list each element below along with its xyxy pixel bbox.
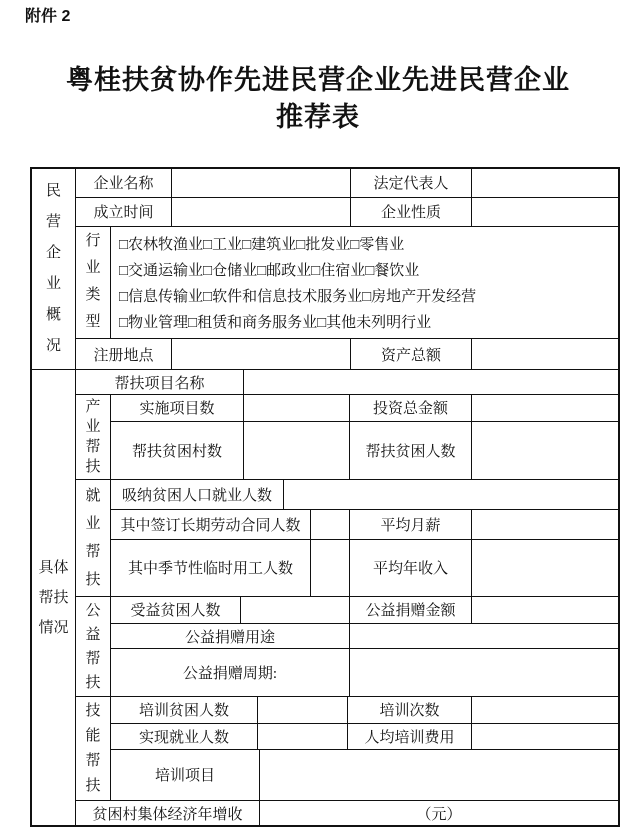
title-line-1: 粤桂扶贫协作先进民营企业先进民营企业: [66, 65, 570, 95]
donation-cycle-value-cell: [350, 649, 618, 696]
project-name-value-cell: [244, 370, 618, 394]
section-overview-label: 民营企业概况: [45, 176, 62, 362]
training-times-label: 培训次数: [348, 697, 472, 723]
trained-poor-value-cell: [258, 697, 348, 723]
total-investment-value-cell: [472, 395, 618, 421]
per-capita-training-cost-label: 人均培训费用: [348, 724, 472, 749]
donation-purpose-label: 公益捐赠用途: [111, 624, 350, 649]
avg-annual-income-label: 平均年收入: [350, 540, 472, 597]
document-page: 附件 2 粤桂扶贫协作先进民营企业先进民营企业推荐表 民营企业概况 企业名称 法…: [0, 0, 636, 840]
donation-amount-label: 公益捐赠金额: [350, 597, 472, 623]
donation-purpose-value-cell: [350, 624, 618, 649]
section-assistance-label-cell: 具体帮扶情况: [32, 370, 76, 825]
row-poor-villages: 帮扶贫困村数 帮扶贫困人数: [111, 422, 618, 479]
poor-villages-label: 帮扶贫困村数: [111, 422, 244, 479]
industry-option-line-2: □交通运输业□仓储业□邮政业□住宿业□餐饮业: [119, 259, 618, 280]
industry-option-line-1: □农林牧渔业□工业□建筑业□批发业□零售业: [119, 233, 618, 254]
training-projects-label: 培训项目: [111, 750, 260, 801]
donation-amount-value-cell: [472, 597, 618, 623]
total-assets-label: 资产总额: [351, 339, 472, 369]
long-term-contracts-value-cell: [311, 510, 350, 539]
legal-representative-value-cell: [472, 169, 618, 197]
total-investment-label: 投资总金额: [350, 395, 472, 421]
industry-option-line-4: □物业管理□租赁和商务服务业□其他未列明行业: [119, 311, 618, 332]
employment-achieved-value-cell: [258, 724, 348, 749]
section-overview-label-cell: 民营企业概况: [32, 169, 76, 369]
company-name-label: 企业名称: [76, 169, 172, 197]
employed-poor-label: 吸纳贫困人口就业人数: [111, 480, 284, 509]
village-income-unit-cell: （元）: [260, 801, 618, 825]
employment-assistance-label: 就业帮扶: [85, 482, 102, 594]
recommendation-form-table: 民营企业概况 企业名称 法定代表人 成立时间 企业性质 行业类: [30, 167, 620, 827]
charity-assistance-label-cell: 公益帮扶: [76, 597, 111, 696]
section-enterprise-overview: 民营企业概况 企业名称 法定代表人 成立时间 企业性质 行业类: [32, 169, 618, 370]
poor-people-value-cell: [472, 422, 618, 479]
row-trained-poor: 培训贫困人数 培训次数: [111, 697, 618, 724]
seasonal-temp-workers-label: 其中季节性临时用工人数: [111, 540, 311, 597]
row-benefited-poor: 受益贫困人数 公益捐赠金额: [111, 597, 618, 624]
row-donation-cycle: 公益捐赠周期:: [111, 649, 618, 696]
benefited-poor-value-cell: [241, 597, 350, 623]
training-projects-value-cell: [260, 750, 618, 801]
village-income-label: 贫困村集体经济年增收: [76, 801, 260, 825]
industry-assistance-label: 产业帮扶: [85, 397, 102, 477]
avg-monthly-salary-value-cell: [472, 510, 618, 539]
industry-type-label-cell: 行业类型: [76, 227, 111, 338]
employment-achieved-label: 实现就业人数: [111, 724, 258, 749]
row-donation-purpose: 公益捐赠用途: [111, 624, 618, 650]
poor-people-label: 帮扶贫困人数: [350, 422, 472, 479]
row-project-name: 帮扶项目名称: [76, 370, 618, 395]
block-industry-assistance: 产业帮扶 实施项目数 投资总金额 帮扶贫困村数 帮扶贫困人数: [76, 395, 618, 480]
projects-count-value-cell: [244, 395, 350, 421]
employed-poor-value-cell: [284, 480, 618, 509]
row-employed-poor: 吸纳贫困人口就业人数: [111, 480, 618, 510]
enterprise-nature-value-cell: [472, 198, 618, 226]
row-long-term-contracts: 其中签订长期劳动合同人数 平均月薪: [111, 510, 618, 540]
industry-type-label: 行业类型: [85, 228, 102, 336]
registered-location-value-cell: [172, 339, 351, 369]
established-date-value-cell: [172, 198, 351, 226]
total-assets-value-cell: [472, 339, 618, 369]
per-capita-training-cost-value-cell: [472, 724, 618, 749]
row-training-projects: 培训项目: [111, 750, 618, 801]
section-assistance-label: 具体帮扶情况: [38, 553, 70, 643]
section-assistance-details: 具体帮扶情况 帮扶项目名称 产业帮扶 实施项目数 投: [32, 370, 618, 825]
block-employment-assistance: 就业帮扶 吸纳贫困人口就业人数 其中签订长期劳动合同人数 平均月薪: [76, 480, 618, 597]
charity-assistance-label: 公益帮扶: [85, 599, 102, 695]
row-company-name: 企业名称 法定代表人: [76, 169, 618, 198]
employment-assistance-label-cell: 就业帮扶: [76, 480, 111, 596]
avg-annual-income-value-cell: [472, 540, 618, 597]
row-industry-type: 行业类型 □农林牧渔业□工业□建筑业□批发业□零售业 □交通运输业□仓储业□邮政…: [76, 227, 618, 339]
trained-poor-label: 培训贫困人数: [111, 697, 258, 723]
skills-assistance-label-cell: 技能帮扶: [76, 697, 111, 800]
row-established-date: 成立时间 企业性质: [76, 198, 618, 227]
projects-count-label: 实施项目数: [111, 395, 244, 421]
benefited-poor-label: 受益贫困人数: [111, 597, 241, 623]
legal-representative-label: 法定代表人: [351, 169, 472, 197]
long-term-contracts-label: 其中签订长期劳动合同人数: [111, 510, 311, 539]
poor-villages-value-cell: [244, 422, 350, 479]
industry-assistance-label-cell: 产业帮扶: [76, 395, 111, 479]
registered-location-label: 注册地点: [76, 339, 172, 369]
project-name-label: 帮扶项目名称: [76, 370, 244, 394]
row-village-income: 贫困村集体经济年增收 （元）: [76, 801, 618, 825]
attachment-label: 附件 2: [25, 6, 70, 28]
skills-assistance-label: 技能帮扶: [85, 699, 102, 799]
row-seasonal-temp-workers: 其中季节性临时用工人数 平均年收入: [111, 540, 618, 597]
industry-options-cell: □农林牧渔业□工业□建筑业□批发业□零售业 □交通运输业□仓储业□邮政业□住宿业…: [111, 227, 618, 338]
company-name-value-cell: [172, 169, 351, 197]
seasonal-temp-workers-value-cell: [311, 540, 350, 597]
donation-cycle-label: 公益捐赠周期:: [111, 649, 350, 696]
enterprise-nature-label: 企业性质: [351, 198, 472, 226]
row-employment-achieved: 实现就业人数 人均培训费用: [111, 724, 618, 750]
block-charity-assistance: 公益帮扶 受益贫困人数 公益捐赠金额 公益捐赠用途: [76, 597, 618, 697]
row-projects-count: 实施项目数 投资总金额: [111, 395, 618, 422]
block-skills-assistance: 技能帮扶 培训贫困人数 培训次数 实现就业人数 人均培训费用: [76, 697, 618, 801]
document-title: 粤桂扶贫协作先进民营企业先进民营企业推荐表: [0, 62, 636, 136]
training-times-value-cell: [472, 697, 618, 723]
industry-option-line-3: □信息传输业□软件和信息技术服务业□房地产开发经营: [119, 285, 618, 306]
row-registered-location: 注册地点 资产总额: [76, 339, 618, 369]
avg-monthly-salary-label: 平均月薪: [350, 510, 472, 539]
established-date-label: 成立时间: [76, 198, 172, 226]
title-line-2: 推荐表: [276, 102, 360, 132]
